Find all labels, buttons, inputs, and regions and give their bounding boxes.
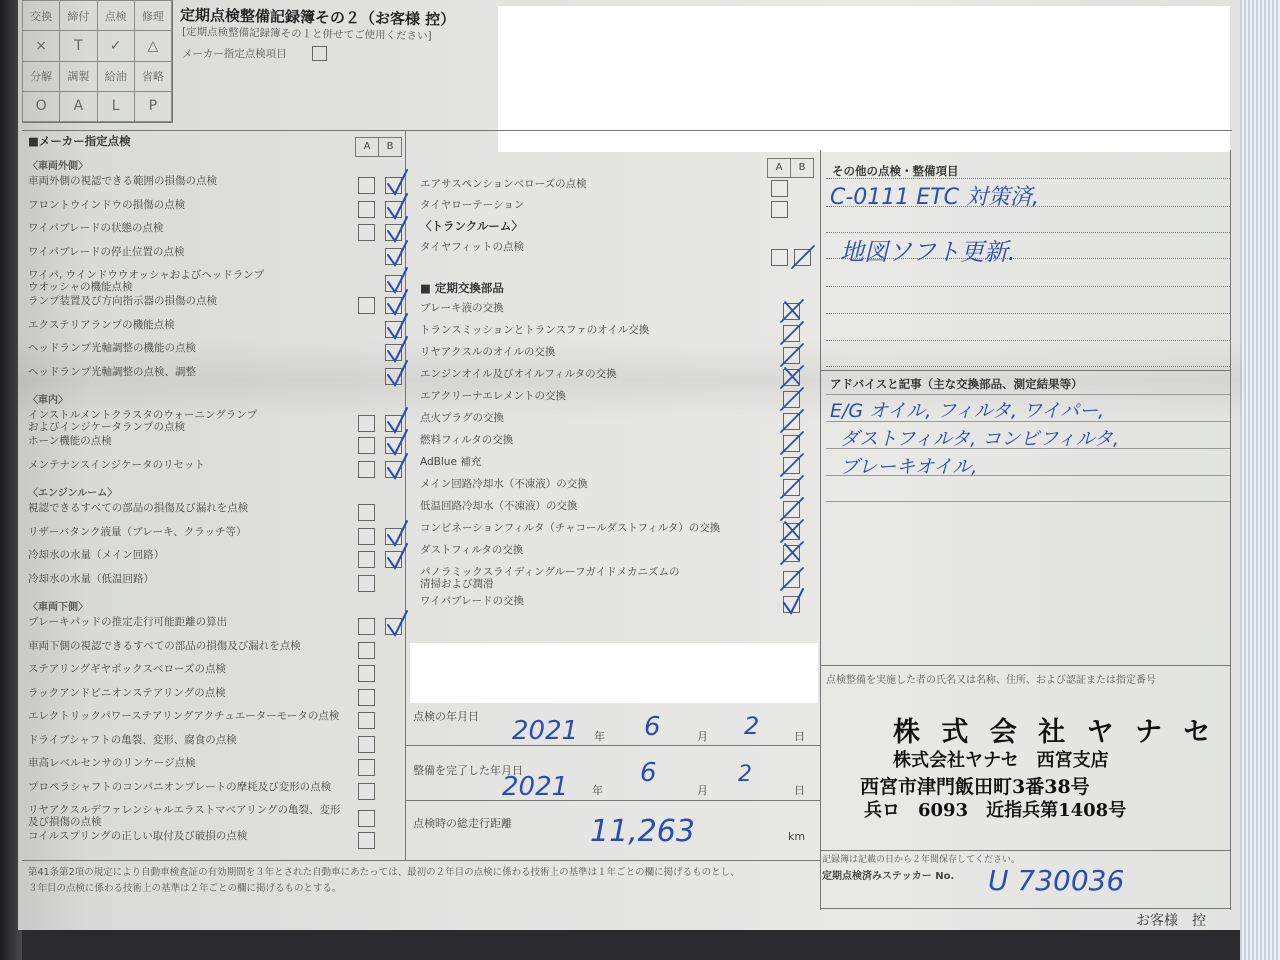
checklist-row: コンビネーションフィルタ（チャコールダストフィルタ）の交換 <box>420 522 720 534</box>
check-mark-icon <box>385 545 409 571</box>
checklist-row: パノラミックスライディングルーフガイドメカニズムの清掃および潤滑 <box>420 566 679 590</box>
item-label: ヘッドランプ光軸調整の機能の点検 <box>28 342 196 354</box>
checkbox-a[interactable] <box>358 461 375 478</box>
checklist-row: ワイパブレードの停止位置の点検 <box>28 246 185 258</box>
item-label: 低温回路冷却水（不凍液）の交換 <box>420 500 578 512</box>
item-label: リヤアクスルデファレンシャルエラストマベアリングの亀裂、変形 <box>28 804 340 816</box>
checklist-row: 燃料フィルタの交換 <box>420 434 513 446</box>
legend-symbol: L <box>97 91 134 121</box>
checklist-row: リヤアクスルのオイルの交換 <box>420 346 555 358</box>
checklist-row: トランスミッションとトランスファのオイル交換 <box>420 324 649 336</box>
checkbox-a[interactable] <box>358 504 375 521</box>
item-label: ワイパ, ウインドウウオッシャおよびヘッドランプ <box>28 269 264 281</box>
divider <box>820 370 1230 371</box>
checkbox-a[interactable] <box>358 177 375 194</box>
item-label: ラックアンドピニオンステアリングの点検 <box>28 687 226 699</box>
stamp-cert-number: 兵ロ 6093 近指兵第1408号 <box>864 796 1126 822</box>
checklist-row: ブレーキパッドの推定走行可能距離の算出 <box>28 616 227 628</box>
legend-symbol: T <box>60 31 97 61</box>
checklist-row: ダストフィルタの交換 <box>420 544 523 556</box>
checklist-row: AdBlue 補充 <box>420 456 481 468</box>
item-label: ドライブシャフトの亀裂、変形、腐食の点検 <box>28 734 237 746</box>
checklist-row: プロペラシャフトのコンパニオンプレートの摩耗及び変形の点検 <box>28 781 331 793</box>
advice-title: アドバイスと記事（主な交換部品、測定結果等） <box>830 376 1083 392</box>
checklist-row: 視認できるすべての部品の損傷及び漏れを点検 <box>28 502 248 514</box>
checklist-row: ステアリングギヤボックスベローズの点検 <box>28 663 226 675</box>
checklist-row: コイルスプリングの正しい取付及び破損の点検 <box>28 830 247 842</box>
item-label: コイルスプリングの正しい取付及び破損の点検 <box>28 830 247 842</box>
col-b-header: B <box>378 137 402 157</box>
ab-column-header: A B <box>768 158 814 178</box>
checklist-row: エクステリアランプの機能点検 <box>28 319 175 331</box>
checklist-row: メンテナンスインジケータのリセット <box>28 459 205 471</box>
item-label: 車両下側の視認できるすべての部品の損傷及び漏れを点検 <box>28 640 301 652</box>
item-label: コンビネーションフィルタ（チャコールダストフィルタ）の交換 <box>420 522 720 534</box>
checklist-row: ドライブシャフトの亀裂、変形、腐食の点検 <box>28 734 237 746</box>
other-item-line: C-0111 ETC 対策済, <box>830 180 1039 211</box>
check-mark-icon <box>385 612 409 638</box>
item-label: ヘッドランプ光軸調整の点検、調整 <box>28 366 196 378</box>
completion-year: 2021 <box>502 772 568 802</box>
item-label: エアサスペンションベローズの点検 <box>420 178 587 190</box>
group-title: 〈車両下側〉 <box>28 598 88 613</box>
checkbox-a[interactable] <box>771 249 788 266</box>
month-unit: 月 <box>697 782 708 798</box>
item-label: ステアリングギヤボックスベローズの点検 <box>28 663 226 675</box>
checkbox-a[interactable] <box>358 551 375 568</box>
checkbox-a[interactable] <box>358 297 375 314</box>
checklist-row: ワイパブレードの状態の点検 <box>28 222 164 234</box>
checklist-row: 低温回路冷却水（不凍液）の交換 <box>420 500 578 512</box>
divider <box>22 130 1232 131</box>
advice-line: E/G オイル, フィルタ, ワイパー, <box>830 396 1104 423</box>
item-label: ワイパブレードの停止位置の点検 <box>28 246 185 258</box>
checkbox-a[interactable] <box>358 642 375 659</box>
check-mark-icon <box>385 315 409 341</box>
checkbox-a[interactable] <box>358 783 375 800</box>
checkbox-a[interactable] <box>358 665 375 682</box>
checkbox-a[interactable] <box>358 689 375 706</box>
item-label: 冷却水の水量（メイン回路） <box>28 549 164 561</box>
legend-symbol: △ <box>134 31 171 61</box>
checklist-row: エレクトリックパワーステアリングアクチュエーターモータの点検 <box>28 710 339 722</box>
item-label: エクステリアランプの機能点検 <box>28 319 175 331</box>
checkbox-a[interactable] <box>358 618 375 635</box>
legend-cell: 分解 <box>23 61 60 91</box>
footer-note-1: 第41条第2項の規定により自動車検査証の有効期間を３年とされた自動車にあたっては… <box>28 864 740 878</box>
checklist-row: エアクリーナエレメントの交換 <box>420 390 566 402</box>
divider <box>820 908 1230 909</box>
maker-item-checkbox[interactable] <box>312 46 327 61</box>
group-title: 〈車内〉 <box>28 391 68 406</box>
slash-mark-icon <box>792 243 816 269</box>
item-label-cont: 清掃および潤滑 <box>420 578 679 590</box>
item-label: トランスミッションとトランスファのオイル交換 <box>420 324 649 336</box>
item-label: 〈トランクルーム〉 <box>420 220 523 232</box>
legend-cell: 交換 <box>23 1 60 31</box>
item-label: インストルメントクラスタのウォーニングランプ <box>28 409 257 421</box>
item-label-cont: およびインジケータランプの点検 <box>28 421 257 433</box>
divider <box>405 745 820 746</box>
other-items-title: その他の点検・整備項目 <box>832 163 959 179</box>
legend-cell: 修理 <box>134 1 171 31</box>
checkbox-a[interactable] <box>771 201 788 218</box>
checklist-row: ヘッドランプ光軸調整の機能の点検 <box>28 342 196 354</box>
ab-column-header: A B <box>356 137 402 157</box>
checklist-row: インストルメントクラスタのウォーニングランプおよびインジケータランプの点検 <box>28 409 257 433</box>
customer-copy-label: お客様 控 <box>1136 910 1206 930</box>
item-label: ブレーキパッドの推定走行可能距離の算出 <box>28 616 227 628</box>
checklist-row: 車両下側の視認できるすべての部品の損傷及び漏れを点検 <box>28 640 301 652</box>
month-unit: 月 <box>697 728 708 744</box>
item-label: タイヤフィットの点検 <box>420 241 524 253</box>
checkbox-a[interactable] <box>358 224 375 241</box>
divider <box>1230 150 1231 910</box>
checklist-row: リザーバタンク液量（ブレーキ、クラッチ等） <box>28 526 247 538</box>
checklist-row: エンジンオイル及びオイルフィルタの交換 <box>420 368 617 380</box>
checklist-row: 点火プラグの交換 <box>420 412 504 424</box>
completion-day: 2 <box>738 762 752 787</box>
item-label: ホーン機能の点検 <box>28 435 112 447</box>
other-item-line: 地図ソフト更新. <box>840 232 1016 267</box>
stamp-branch: 株式会社ヤナセ 西宮支店 <box>893 746 1109 772</box>
legend-cell: 締付 <box>60 1 97 31</box>
divider <box>820 850 1230 851</box>
checkbox-a[interactable] <box>358 712 375 729</box>
item-label: 車高レベルセンサのリンケージ点検 <box>28 757 196 769</box>
item-label: 冷却水の水量（低温回路） <box>28 573 154 585</box>
checkbox-a[interactable] <box>358 415 375 432</box>
legend-cell: 省略 <box>134 61 171 91</box>
advice-line: ブレーキオイル, <box>840 452 977 479</box>
checkbox-a[interactable] <box>771 180 788 197</box>
check-mark-icon <box>385 171 409 197</box>
checklist-row: 冷却水の水量（低温回路） <box>28 573 154 585</box>
item-label-cont: ウオッシャの機能点検 <box>28 281 264 293</box>
item-label: 視認できるすべての部品の損傷及び漏れを点検 <box>28 502 248 514</box>
completion-month: 6 <box>640 758 657 788</box>
slash-mark-icon <box>781 565 805 591</box>
day-unit: 日 <box>794 782 805 798</box>
legend-cell: 点検 <box>97 1 134 31</box>
item-label: ブレーキ液の交換 <box>420 302 504 314</box>
checkbox-a[interactable] <box>358 528 375 545</box>
item-label: ワイパブレードの交換 <box>420 595 524 607</box>
item-label: リザーバタンク液量（ブレーキ、クラッチ等） <box>28 526 247 538</box>
ruled-line <box>826 178 1230 179</box>
ruled-line <box>826 394 1230 395</box>
checkbox-a[interactable] <box>358 810 375 827</box>
checklist-row: ワイパ, ウインドウウオッシャおよびヘッドランプウオッシャの機能点検 <box>28 269 264 293</box>
check-mark-icon <box>781 590 805 616</box>
check-mark-icon <box>385 522 409 548</box>
checklist-row: 車両外側の視認できる範囲の損傷の点検 <box>28 175 217 187</box>
checklist-row: 車高レベルセンサのリンケージ点検 <box>28 757 196 769</box>
checklist-row: エアサスペンションベローズの点検 <box>420 178 587 190</box>
check-mark-icon <box>385 362 409 388</box>
divider <box>405 800 820 801</box>
checklist-row: ヘッドランプ光軸調整の点検、調整 <box>28 366 196 378</box>
group-title: 〈車両外側〉 <box>28 157 88 172</box>
checkbox-a[interactable] <box>358 437 375 454</box>
page-stack-edge <box>1240 0 1280 960</box>
stamp-company: 株 式 会 社 ヤ ナ セ <box>893 710 1216 749</box>
ruled-line <box>826 286 1230 287</box>
check-mark-icon <box>385 195 409 221</box>
check-mark-icon <box>385 455 409 481</box>
checklist-row: リヤアクスルデファレンシャルエラストマベアリングの亀裂、変形及び損傷の点検 <box>28 804 340 828</box>
ruled-line <box>826 501 1230 502</box>
section-title-periodic-parts: ■ 定期交換部品 <box>420 280 504 296</box>
legend-symbol: O <box>23 91 60 121</box>
section-title-maker: ■メーカー指定点検 <box>28 133 131 149</box>
item-label: エアクリーナエレメントの交換 <box>420 390 566 402</box>
checklist-row: タイヤローテーション <box>420 199 524 211</box>
checklist-row: ホーン機能の点検 <box>28 435 112 447</box>
check-mark-icon <box>385 242 409 268</box>
legend-cell: 給油 <box>97 61 134 91</box>
legend-symbol: A <box>60 91 97 121</box>
item-label: ダストフィルタの交換 <box>420 544 523 556</box>
checklist-row: ランプ装置及び方向指示器の損傷の点検 <box>28 295 217 307</box>
ruled-line <box>826 313 1230 314</box>
checklist-row: ブレーキ液の交換 <box>420 302 504 314</box>
item-label-cont: 及び損傷の点検 <box>28 816 340 828</box>
check-mark-icon <box>385 431 409 457</box>
inspection-month: 6 <box>644 712 661 742</box>
footer-note-2: ３年目の点検に係わる技術上の基準は２年ごとの欄に掲げるものとする。 <box>28 880 342 894</box>
item-label: パノラミックスライディングルーフガイドメカニズムの <box>420 566 679 578</box>
legend-symbol: × <box>23 31 60 61</box>
item-label: エレクトリックパワーステアリングアクチュエーターモータの点検 <box>28 710 339 722</box>
ruled-line <box>826 366 1230 367</box>
checklist-row: フロントウインドウの損傷の点検 <box>28 199 185 211</box>
divider <box>820 150 821 910</box>
item-label: プロペラシャフトのコンパニオンプレートの摩耗及び変形の点検 <box>28 781 331 793</box>
mileage-value: 11,263 <box>590 814 695 849</box>
year-unit: 年 <box>594 728 605 744</box>
check-mark-icon <box>385 291 409 317</box>
item-label: ランプ装置及び方向指示器の損傷の点検 <box>28 295 217 307</box>
x-mark-icon <box>781 539 805 565</box>
advice-line: ダストフィルタ, コンビフィルタ, <box>840 424 1119 451</box>
mileage-label: 点検時の総走行距離 <box>413 815 512 831</box>
checklist-row: ラックアンドピニオンステアリングの点検 <box>28 687 226 699</box>
col-a-header: A <box>355 137 379 157</box>
sticker-number: U 730036 <box>988 864 1124 897</box>
checkbox-a[interactable] <box>358 832 375 849</box>
checkbox-a[interactable] <box>358 736 375 753</box>
legend-symbol: ✓ <box>97 31 134 61</box>
redacted-area <box>410 643 818 703</box>
divider <box>820 665 1230 666</box>
day-unit: 日 <box>794 728 805 744</box>
legend-symbol: P <box>134 91 171 121</box>
inspection-year: 2021 <box>512 716 578 746</box>
col-b-header: B <box>790 158 814 178</box>
item-label: リヤアクスルのオイルの交換 <box>420 346 555 358</box>
item-label: AdBlue 補充 <box>420 456 481 468</box>
checkbox-a[interactable] <box>358 759 375 776</box>
legend-cell: 調製 <box>60 61 97 91</box>
item-label: メイン回路冷却水（不凍液）の交換 <box>420 478 588 490</box>
checklist-row: タイヤフィットの点検 <box>420 241 524 253</box>
divider <box>22 860 820 861</box>
col-a-header: A <box>767 158 791 178</box>
checklist-row: メイン回路冷却水（不凍液）の交換 <box>420 478 588 490</box>
check-mark-icon <box>385 338 409 364</box>
checkbox-a[interactable] <box>358 201 375 218</box>
checklist-row: 冷却水の水量（メイン回路） <box>28 549 164 561</box>
ruled-line <box>826 340 1230 341</box>
group-title: 〈トランクルーム〉 <box>420 220 523 232</box>
item-label: ワイパブレードの状態の点検 <box>28 222 164 234</box>
inspection-day: 2 <box>744 712 759 740</box>
item-label: タイヤローテーション <box>420 199 524 211</box>
item-label: メンテナンスインジケータのリセット <box>28 459 205 471</box>
year-unit: 年 <box>592 782 603 798</box>
item-label: 燃料フィルタの交換 <box>420 434 513 446</box>
performer-label: 点検整備を実施した者の氏名又は名称、住所、および認証または指定番号 <box>826 671 1156 686</box>
inspection-date-label: 点検の年月日 <box>413 708 479 724</box>
item-label: 点火プラグの交換 <box>420 412 504 424</box>
item-label: エンジンオイル及びオイルフィルタの交換 <box>420 368 617 380</box>
check-mark-icon <box>385 218 409 244</box>
item-label: フロントウインドウの損傷の点検 <box>28 199 185 211</box>
checklist-row: ワイパブレードの交換 <box>420 595 524 607</box>
sticker-label: 定期点検済みステッカー No. <box>822 867 954 882</box>
symbol-legend: 交換締付点検修理 ×T✓△ 分解調製給油省略 OALP <box>22 0 173 123</box>
item-label: 車両外側の視認できる範囲の損傷の点検 <box>28 175 217 187</box>
group-title: 〈エンジンルーム〉 <box>28 484 117 499</box>
mileage-unit: km <box>788 830 805 843</box>
checkbox-a[interactable] <box>358 575 375 592</box>
maker-item-label: メーカー指定点検項目 <box>182 46 287 61</box>
stamp-address: 西宮市津門飯田町3番38号 <box>860 772 1090 799</box>
